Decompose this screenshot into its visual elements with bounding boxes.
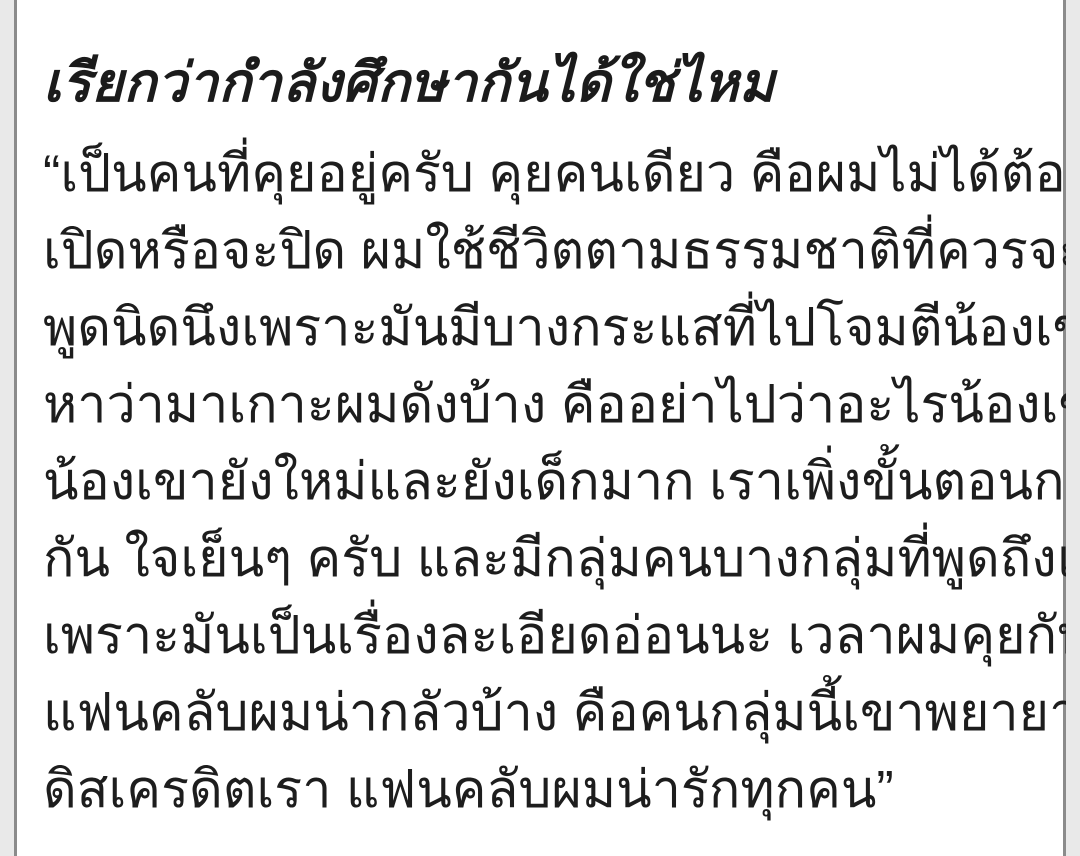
document-page: เรียกว่ากำลังศึกษากันได้ใช่ไหม “เป็นคนที… (14, 0, 1066, 856)
article-title: เรียกว่ากำลังศึกษากันได้ใช่ไหม (43, 44, 1037, 122)
paragraph-line: ดิสเครดิตเรา แฟนคลับผมน่ารักทุกคน” (43, 752, 1037, 829)
paragraph-line: พูดนิดนึงเพราะมันมีบางกระแสที่ไปโจมตีน้อ… (43, 290, 1037, 367)
quote-paragraph: “เป็นคนที่คุยอยู่ครับ คุยคนเดียว คือผมไม… (43, 136, 1037, 829)
paragraph-line: หาว่ามาเกาะผมดังบ้าง คืออย่าไปว่าอะไรน้อ… (43, 367, 1037, 444)
right-gutter (1066, 0, 1080, 856)
article-content: เรียกว่ากำลังศึกษากันได้ใช่ไหม “เป็นคนที… (17, 0, 1063, 829)
paragraph-line: เปิดหรือจะปิด ผมใช้ชีวิตตามธรรมชาติที่คว… (43, 213, 1037, 290)
paragraph-line: “เป็นคนที่คุยอยู่ครับ คุยคนเดียว คือผมไม… (43, 136, 1037, 213)
paragraph-line: น้องเขายังใหม่และยังเด็กมาก เราเพิ่งขั้น… (43, 444, 1037, 521)
paragraph-line: เพราะมันเป็นเรื่องละเอียดอ่อนนะ เวลาผมคุ… (43, 598, 1037, 675)
paragraph-line: แฟนคลับผมน่ากลัวบ้าง คือคนกลุ่มนี้เขาพยา… (43, 675, 1037, 752)
paragraph-line: กัน ใจเย็นๆ ครับ และมีกลุ่มคนบางกลุ่มที่… (43, 521, 1037, 598)
left-gutter (0, 0, 14, 856)
